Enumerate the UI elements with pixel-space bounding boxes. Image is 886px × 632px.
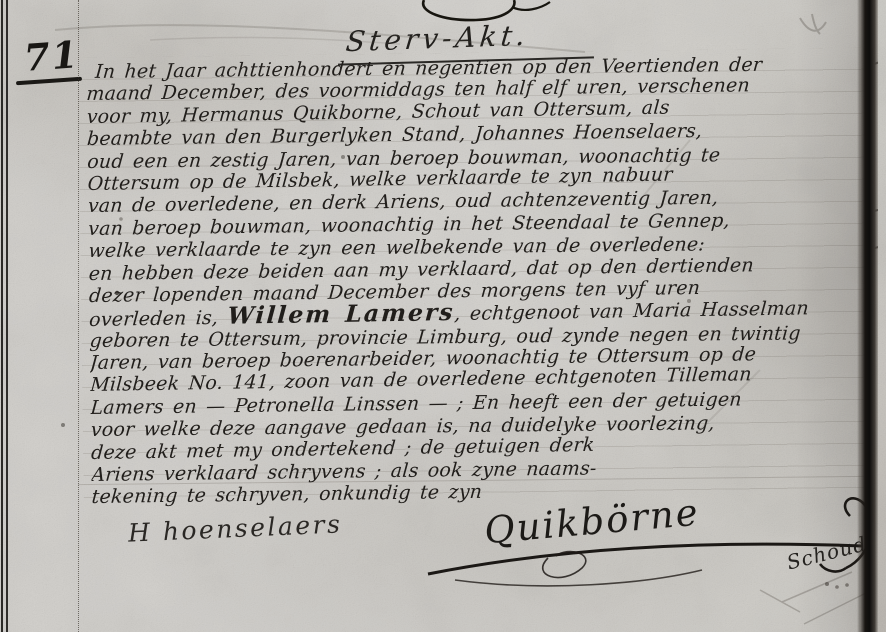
act-title: Sterv-Akt. xyxy=(344,19,530,59)
left-rule-outer xyxy=(1,0,3,632)
binding-band xyxy=(857,0,878,632)
act-number: 71 xyxy=(23,32,81,80)
signature-loop xyxy=(543,552,586,578)
body-line-post: , echtgenoot van Maria Hasselman xyxy=(454,298,810,326)
act-body-text: In het Jaar achttienhondert en negentien… xyxy=(86,51,870,513)
top-flourish xyxy=(423,0,514,20)
deceased-name: Willem Lamers xyxy=(227,298,456,330)
next-page-edge xyxy=(878,0,886,632)
signature-flourish-lower xyxy=(455,570,702,586)
left-rule-inner xyxy=(6,0,8,632)
scanned-death-record-page: 71 Sterv-Akt. In het Jaar achttienhonder… xyxy=(0,0,886,632)
body-line-pre: overleden is, xyxy=(88,307,228,331)
top-flourish-tail xyxy=(512,2,550,10)
margin-rule xyxy=(78,0,79,632)
